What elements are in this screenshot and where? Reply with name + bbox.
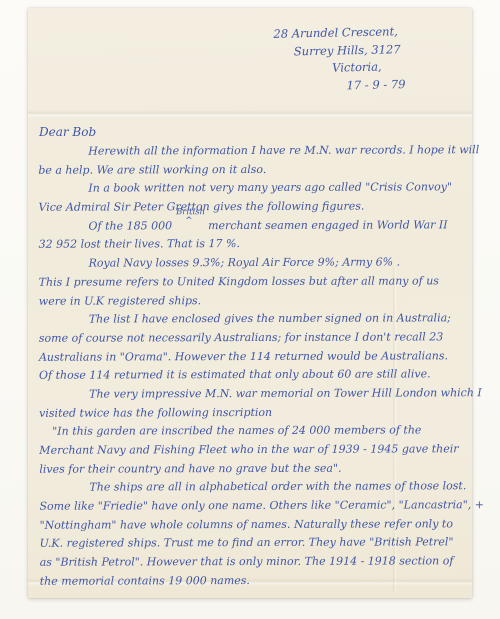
letter-line: "Nottingham" have whole columns of names… xyxy=(40,515,471,535)
letter-line: The ships are all in alphabetical order … xyxy=(39,478,470,498)
caret-mark: ^ xyxy=(185,213,193,232)
letter-line: "In this garden are inscribed the names … xyxy=(39,422,470,442)
letter-line: 32 952 lost their lives. That is 17 %. xyxy=(39,235,470,255)
scan-background: 28 Arundel Crescent,Surrey Hills, 3127Vi… xyxy=(0,0,500,619)
letter-line: Royal Navy losses 9.3%; Royal Air Force … xyxy=(39,253,470,273)
letter-line: The very impressive M.N. war memorial on… xyxy=(39,384,470,404)
letter-line: Some like "Friedie" have only one name. … xyxy=(39,496,470,516)
letter-line: The list I have enclosed gives the numbe… xyxy=(39,309,470,329)
address-block: 28 Arundel Crescent,Surrey Hills, 3127Vi… xyxy=(273,22,450,96)
inserted-word: British^ xyxy=(172,218,208,229)
letter-line: some of course not necessarily Australia… xyxy=(39,328,470,348)
letter-body: Herewith all the information I have re M… xyxy=(38,141,471,591)
letter-line: Herewith all the information I have re M… xyxy=(38,141,469,161)
letter-paper: 28 Arundel Crescent,Surrey Hills, 3127Vi… xyxy=(28,8,472,598)
letter-line: This I presume refers to United Kingdom … xyxy=(39,272,470,292)
letter-line: Of those 114 returned it is estimated th… xyxy=(39,365,470,385)
letter-line: Of the 185 000British^merchant seamen en… xyxy=(38,216,469,236)
fold-crease-top xyxy=(28,110,472,118)
letter-line: Merchant Navy and Fishing Fleet who in t… xyxy=(39,440,470,460)
salutation: Dear Bob xyxy=(39,125,96,139)
letter-line: as "British Petrol". However that is onl… xyxy=(40,552,471,572)
letter-line: Australians in "Orama". However the 114 … xyxy=(39,347,470,367)
letter-line: the memorial contains 19 000 names. xyxy=(40,571,471,591)
letter-line: Vice Admiral Sir Peter Gretton gives the… xyxy=(38,197,469,217)
letter-line: In a book written not very many years ag… xyxy=(38,179,469,199)
letter-line: be a help. We are still working on it al… xyxy=(38,160,469,180)
letter-line: U.K. registered ships. Trust me to find … xyxy=(40,534,471,554)
letter-line: were in U.K registered ships. xyxy=(39,291,470,311)
address-line: 17 - 9 - 79 xyxy=(274,75,450,96)
letter-line: visited twice has the following inscript… xyxy=(39,403,470,423)
letter-line: lives for their country and have no grav… xyxy=(39,459,470,479)
